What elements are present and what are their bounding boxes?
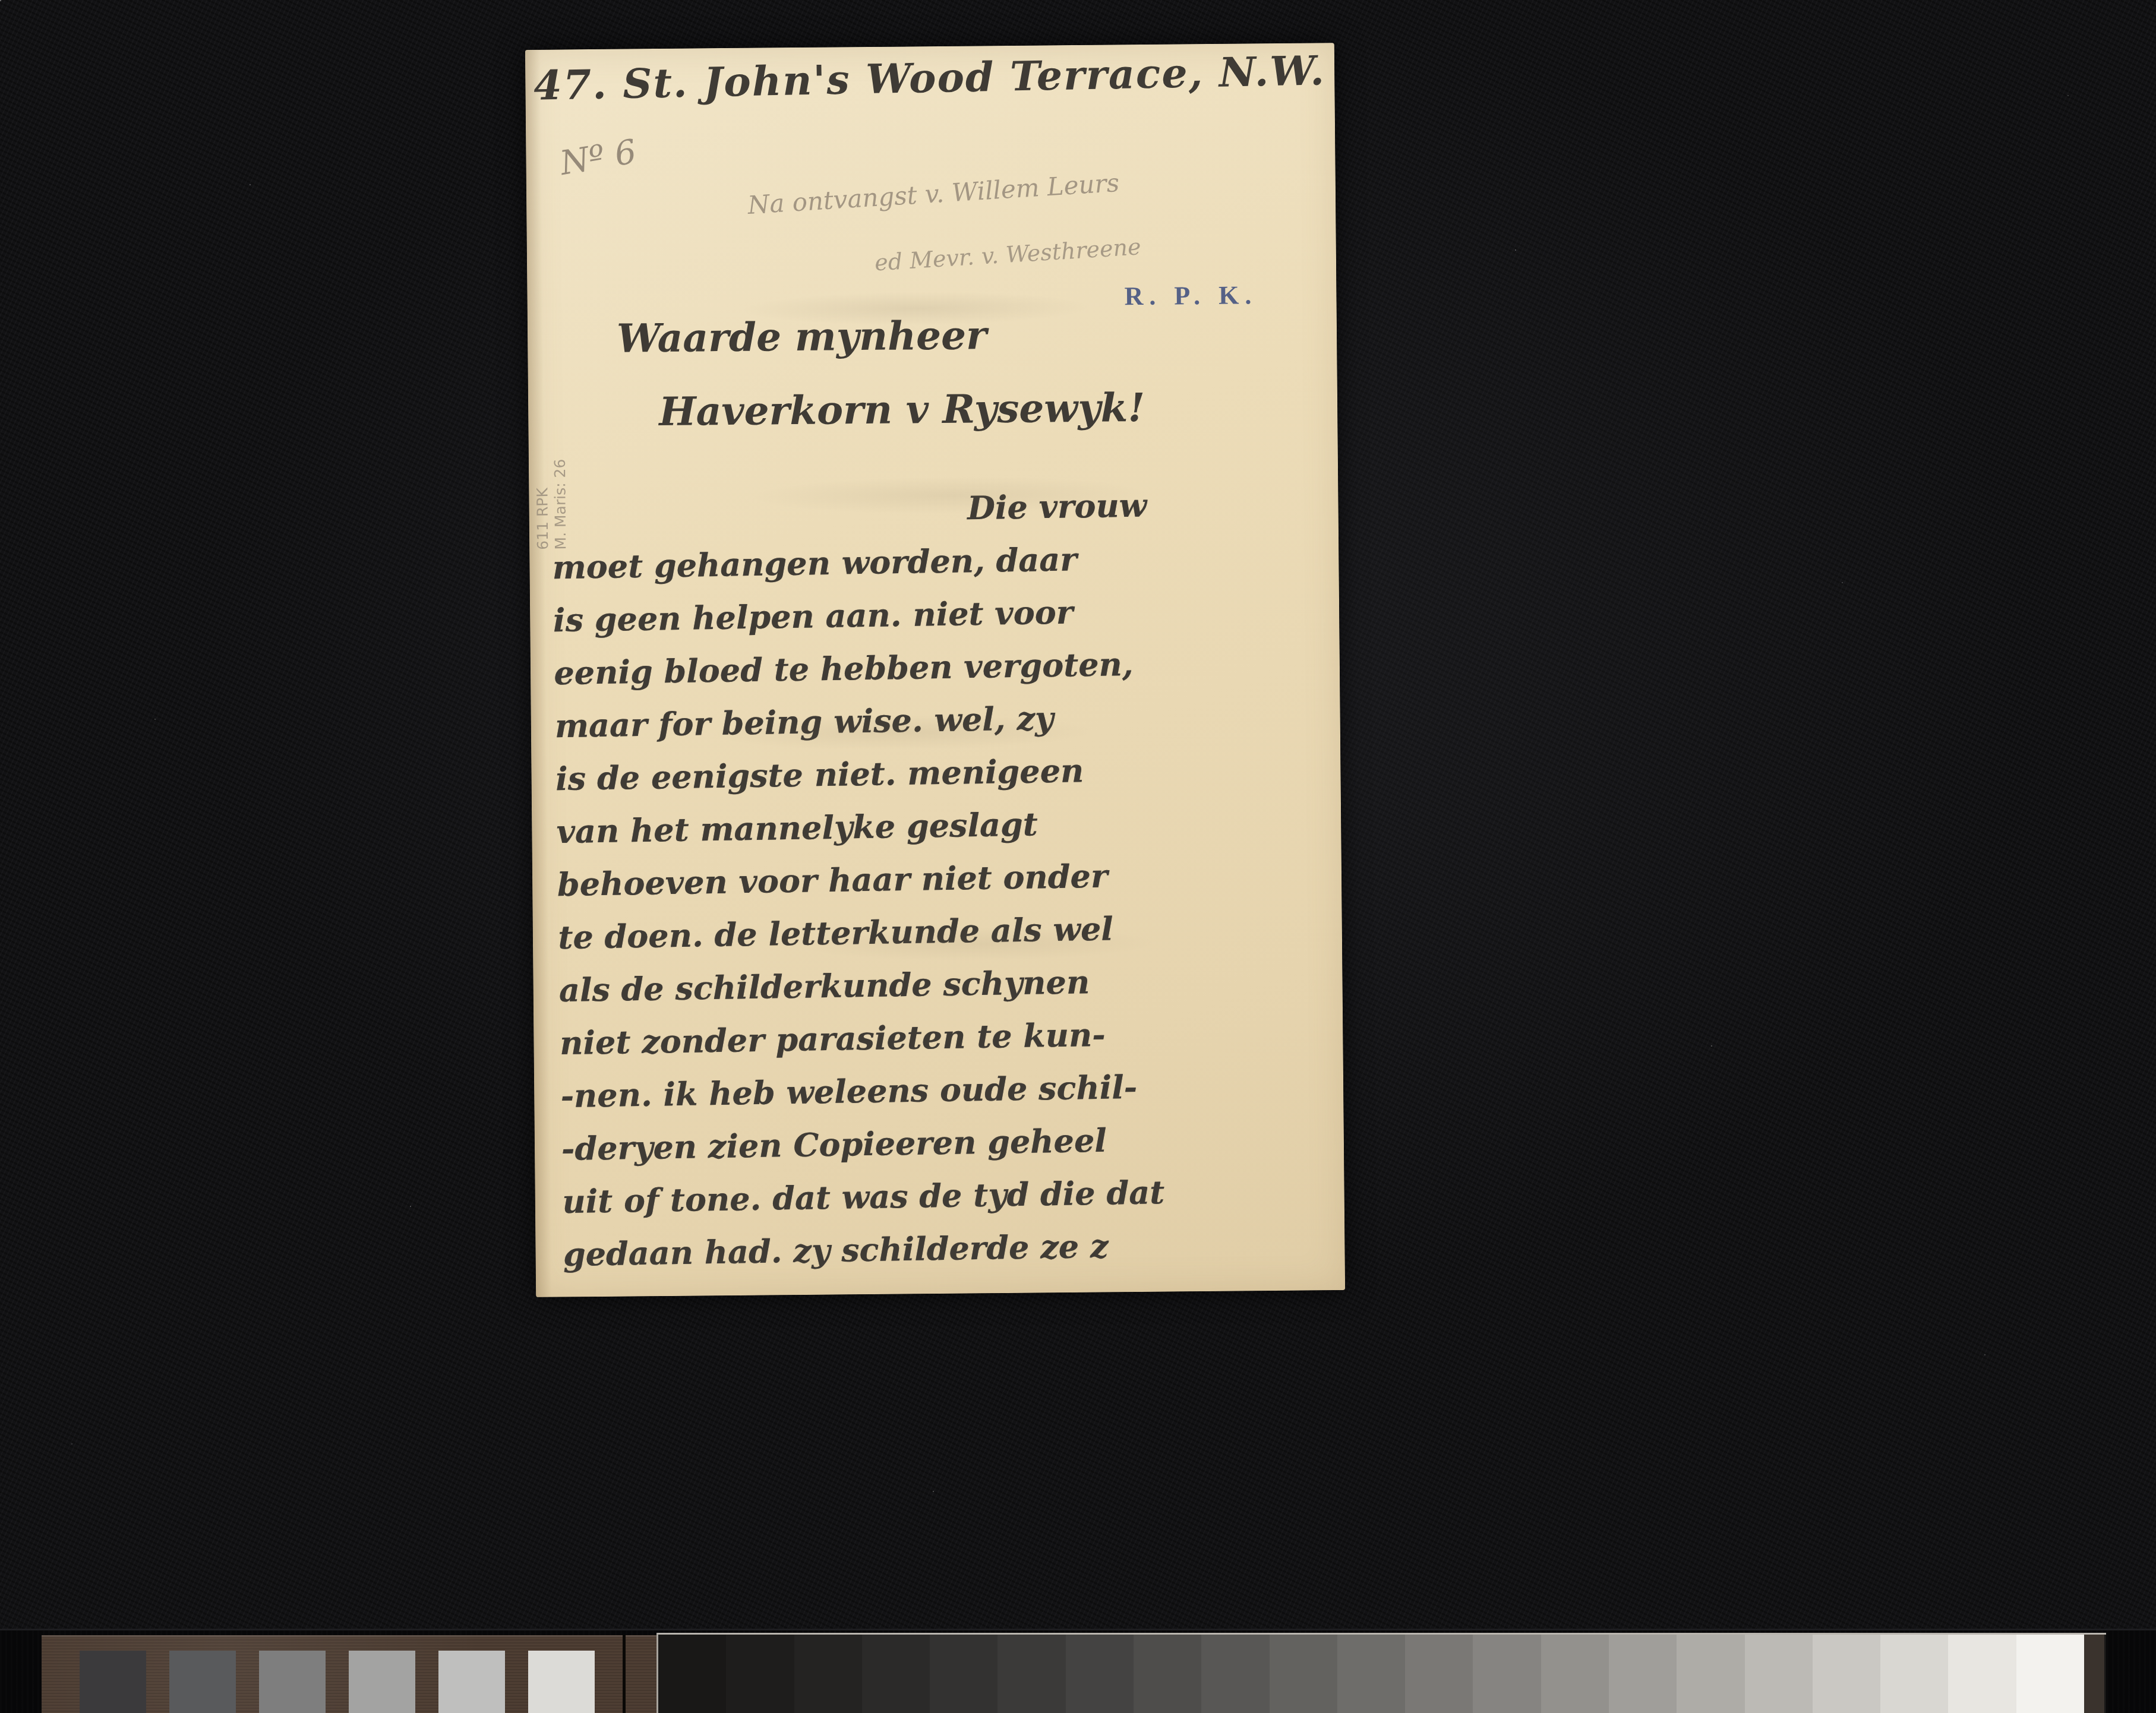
wedge-right-border [2084, 1635, 2104, 1713]
grayscale-step-wedge [656, 1633, 2106, 1713]
wedge-step [1677, 1635, 1744, 1713]
gray-patch-card [42, 1635, 656, 1713]
wedge-step [930, 1635, 997, 1713]
wedge-step [2016, 1635, 2084, 1713]
rpk-stamp: R. P. K. [1124, 280, 1257, 311]
pencil-annotation-line1: Na ontvangst v. Willem Leurs [747, 168, 1120, 220]
gray-patch [528, 1651, 595, 1713]
letter-body: Die vrouwmoet gehangen worden, daaris ge… [551, 483, 1343, 1288]
gray-patch [438, 1651, 505, 1713]
number-note: Nº 6 [557, 132, 639, 183]
wedge-steps [658, 1635, 2084, 1713]
wedge-step [862, 1635, 930, 1713]
wedge-step [1270, 1635, 1337, 1713]
wedge-step [1541, 1635, 1609, 1713]
wedge-step [1201, 1635, 1269, 1713]
wedge-step [1134, 1635, 1201, 1713]
gray-patch [169, 1651, 236, 1713]
gray-patch [80, 1651, 146, 1713]
letter-page: 47. St. John's Wood Terrace, N.W. Nº 6 N… [525, 43, 1345, 1297]
wedge-step [1948, 1635, 2016, 1713]
wedge-step [1337, 1635, 1405, 1713]
address-line: 47. St. John's Wood Terrace, N.W. [534, 47, 1326, 110]
wedge-step [1880, 1635, 1948, 1713]
wedge-step [1745, 1635, 1813, 1713]
wedge-step [997, 1635, 1065, 1713]
wedge-step [1066, 1635, 1134, 1713]
inventory-line1: 611 RPK [533, 400, 552, 550]
wedge-step [1405, 1635, 1473, 1713]
salutation-line1: Waarde mynheer [617, 312, 987, 361]
photo-stage: 47. St. John's Wood Terrace, N.W. Nº 6 N… [0, 0, 2156, 1713]
wedge-step [726, 1635, 794, 1713]
bottom-scan-band [0, 1629, 2156, 1713]
gray-patch [349, 1651, 415, 1713]
gray-patch-row [80, 1651, 595, 1713]
salutation-line2: Haverkorn v Rysewyk! [659, 384, 1145, 435]
pencil-annotation-line2: ed Mevr. v. Westhreene [874, 233, 1142, 276]
dust-specks [0, 0, 1, 1]
wedge-step [1813, 1635, 1880, 1713]
wedge-step [1473, 1635, 1541, 1713]
wedge-step [1609, 1635, 1677, 1713]
wedge-step [658, 1635, 726, 1713]
card-crack-line [623, 1635, 626, 1713]
gray-patch [259, 1651, 326, 1713]
wedge-step [794, 1635, 862, 1713]
